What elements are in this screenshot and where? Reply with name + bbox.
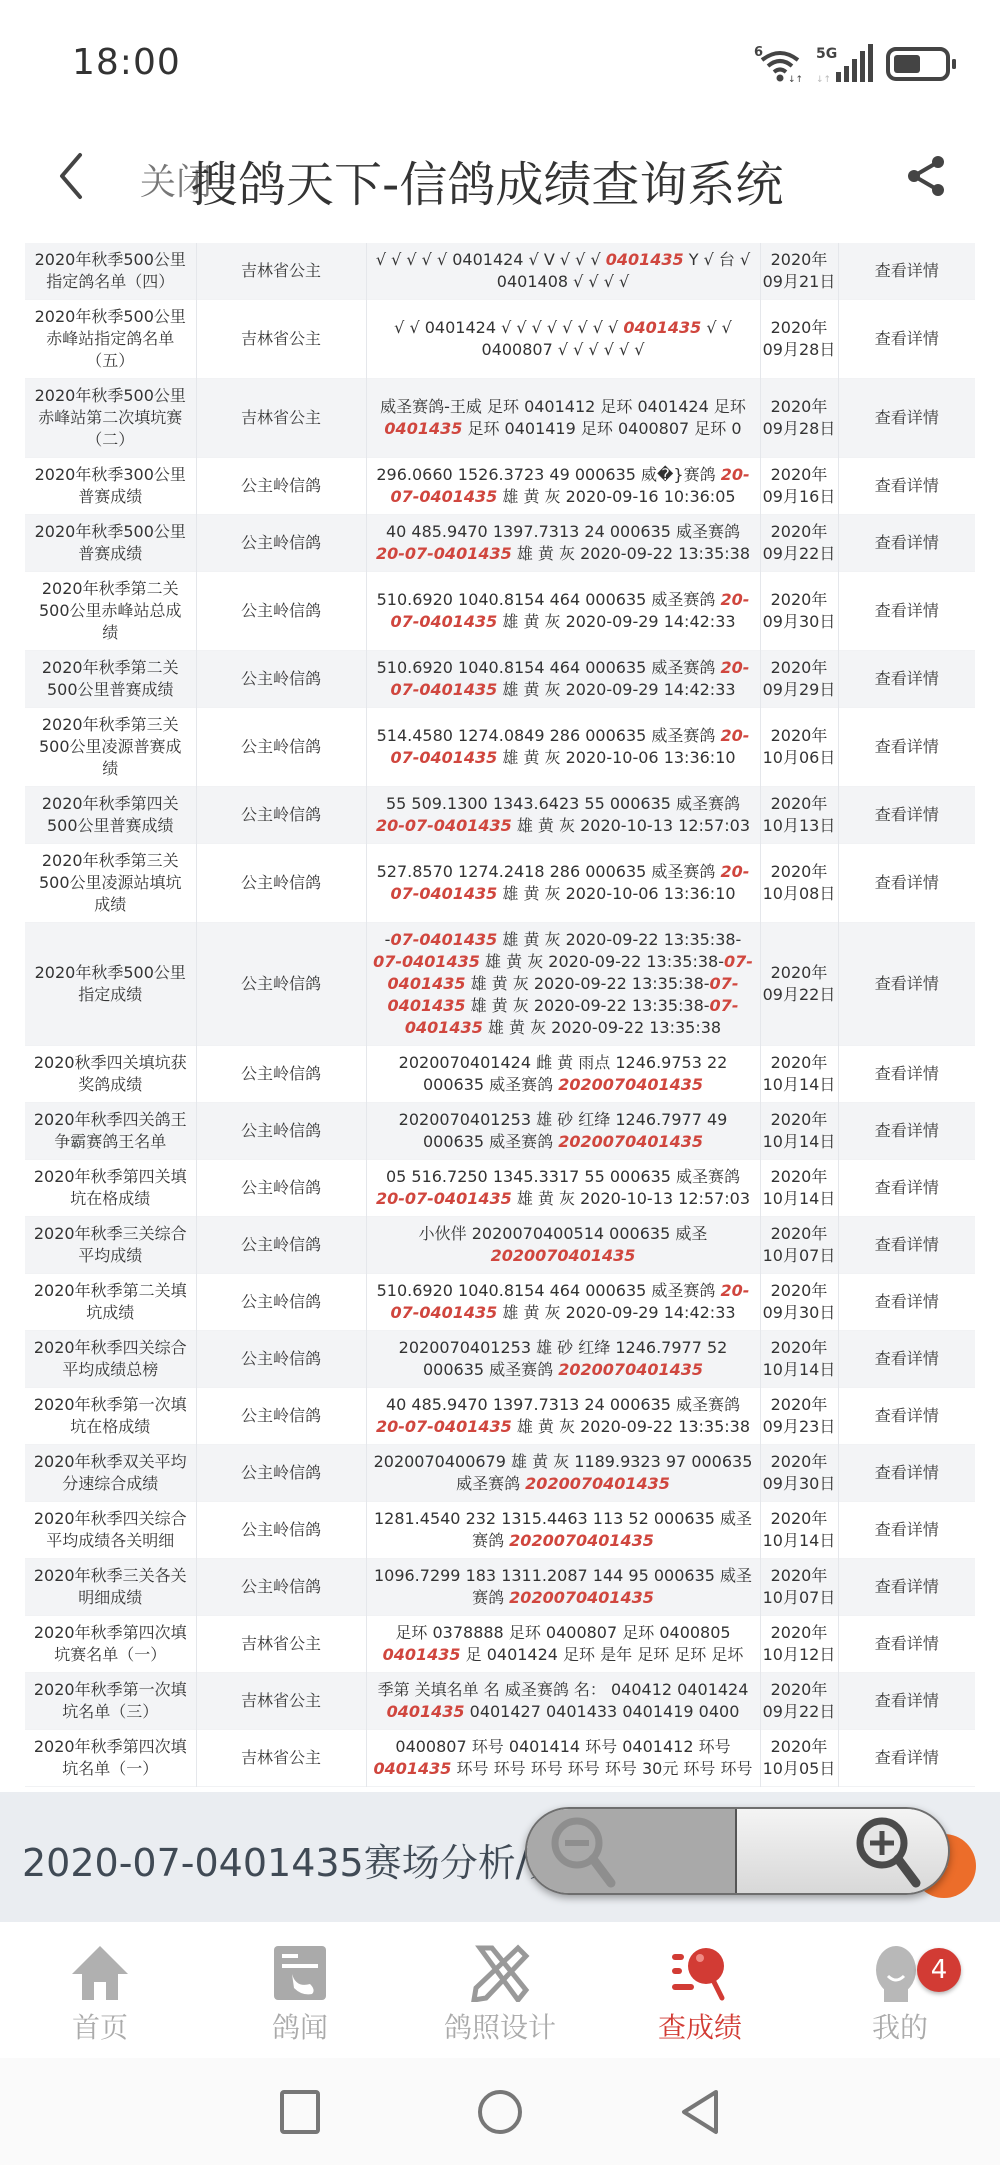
content-text: 雄 黄 灰 2020-09-22 13:35:38 (512, 544, 750, 563)
race-title-cell: 2020年秋季三关各关明细成绩 (25, 1559, 196, 1616)
result-content-cell: 2020070401253 雄 砂 红绛 1246.7977 49 000635… (366, 1103, 760, 1160)
date-cell: 2020年10月14日 (760, 1502, 838, 1559)
date-cell: 2020年10月14日 (760, 1103, 838, 1160)
race-title-cell: 2020年秋季第四次填坑赛名单（一） (25, 1616, 196, 1673)
date-cell: 2020年09月30日 (760, 1445, 838, 1502)
content-text: 514.4580 1274.0849 286 000635 威圣赛鸽 (377, 726, 721, 745)
view-details-link[interactable]: 查看详情 (838, 1445, 975, 1502)
home-icon (68, 1944, 132, 2002)
search-results-icon (668, 1944, 732, 2002)
result-content-cell: 55 509.1300 1343.6423 55 000635 威圣赛鸽 20-… (366, 787, 760, 844)
status-time: 18:00 (72, 42, 181, 83)
result-content-cell: 1096.7299 183 1311.2087 144 95 000635 威圣… (366, 1559, 760, 1616)
home-nav-button[interactable] (475, 2087, 525, 2137)
date-cell: 2020年10月13日 (760, 787, 838, 844)
highlighted-ring-number: 0401435 (606, 250, 684, 269)
race-title-cell: 2020年秋季第三关500公里凌源站填坑成绩 (25, 844, 196, 923)
content-text: √ √ 0401424 √ √ √ √ √ √ √ √ (394, 318, 623, 337)
content-text: 55 509.1300 1343.6423 55 000635 威圣赛鸽 (386, 794, 740, 813)
battery-icon (886, 46, 958, 82)
table-row[interactable]: 2020年秋季第四次填坑赛名单（一）吉林省公主足环 0378888 足环 040… (25, 1616, 975, 1673)
view-details-link[interactable]: 查看详情 (838, 1160, 975, 1217)
race-title-cell: 2020年秋季第四关填坑在格成绩 (25, 1160, 196, 1217)
result-content-cell: 05 516.7250 1345.3317 55 000635 威圣赛鸽 20-… (366, 1160, 760, 1217)
content-text: 雄 黄 灰 2020-09-22 13:35:38 (512, 1417, 750, 1436)
race-title-cell: 2020年秋季第二关500公里赤峰站总成绩 (25, 572, 196, 651)
content-text: 510.6920 1040.8154 464 000635 威圣赛鸽 (377, 658, 721, 677)
tab-label: 查成绩 (658, 2006, 742, 2046)
race-title-cell: 2020年秋季第四关500公里普赛成绩 (25, 787, 196, 844)
highlighted-ring-number: 2020070401435 (558, 1360, 703, 1379)
race-title-cell: 2020年秋季500公里指定成绩 (25, 923, 196, 1046)
share-button[interactable] (902, 152, 950, 200)
content-text: 雄 黄 灰 2020-10-13 12:57:03 (512, 816, 750, 835)
circle-icon (477, 2089, 523, 2135)
bottom-tab-bar: 首页 鸽闻 鸽照设计 (0, 1922, 1000, 2058)
highlighted-ring-number: 20-07-0401435 (376, 816, 512, 835)
view-details-link[interactable]: 查看详情 (838, 1217, 975, 1274)
zoom-in-icon (844, 1811, 934, 1891)
organization-cell: 公主岭信鸽 (196, 1388, 366, 1445)
table-row[interactable]: 2020年秋季双关平均分速综合成绩公主岭信鸽2020070400679 雄 黄 … (25, 1445, 975, 1502)
analysis-link[interactable]: 2020-07-0401435赛场分析/身 (22, 1832, 567, 1887)
zoom-out-button[interactable] (527, 1809, 737, 1893)
date-cell: 2020年09月28日 (760, 379, 838, 458)
table-row[interactable]: 2020年秋季三关各关明细成绩公主岭信鸽1096.7299 183 1311.2… (25, 1559, 975, 1616)
table-row[interactable]: 2020年秋季500公里指定成绩公主岭信鸽-07-0401435 雄 黄 灰 2… (25, 923, 975, 1046)
date-cell: 2020年10月08日 (760, 844, 838, 923)
date-cell: 2020年10月12日 (760, 1616, 838, 1673)
race-title-cell: 2020年秋季300公里普赛成绩 (25, 458, 196, 515)
design-icon (468, 1944, 532, 2002)
tab-home[interactable]: 首页 (0, 1922, 200, 2058)
date-cell: 2020年09月30日 (760, 572, 838, 651)
view-details-link[interactable]: 查看详情 (838, 243, 975, 300)
content-text: 40 485.9470 1397.7313 24 000635 威圣赛鸽 (386, 1395, 740, 1414)
content-text: 季第 关填名单 名 威圣赛鸽 名： 040412 0401424 (378, 1680, 749, 1699)
tab-news[interactable]: 鸽闻 (200, 1922, 400, 2058)
date-cell: 2020年09月23日 (760, 1388, 838, 1445)
content-text: 510.6920 1040.8154 464 000635 威圣赛鸽 (377, 590, 721, 609)
result-content-cell: 40 485.9470 1397.7313 24 000635 威圣赛鸽 20-… (366, 1388, 760, 1445)
organization-cell: 公主岭信鸽 (196, 651, 366, 708)
result-content-cell: 小伙伴 2020070400514 000635 威圣 202007040143… (366, 1217, 760, 1274)
view-details-link[interactable]: 查看详情 (838, 651, 975, 708)
result-content-cell: 1281.4540 232 1315.4463 113 52 000635 威圣… (366, 1502, 760, 1559)
organization-cell: 吉林省公主 (196, 243, 366, 300)
race-title-cell: 2020年秋季500公里普赛成绩 (25, 515, 196, 572)
status-bar: 18:00 6 ↓↑ 5G ↓↑ (0, 0, 1000, 120)
header: 关闭 搜鸽天下-信鸽成绩查询系统 (0, 120, 1000, 232)
content-text: 环号 环号 环号 环号 环号 30元 环号 环号 (451, 1759, 752, 1778)
content-text: 雄 黄 灰 2020-09-16 10:36:05 (497, 487, 735, 506)
table-row[interactable]: 2020年秋季300公里普赛成绩公主岭信鸽296.0660 1526.3723 … (25, 458, 975, 515)
organization-cell: 公主岭信鸽 (196, 844, 366, 923)
view-details-link[interactable]: 查看详情 (838, 572, 975, 651)
content-text: √ √ √ √ √ 0401424 √ V √ √ √ (376, 250, 606, 269)
svg-text:↓↑: ↓↑ (816, 75, 831, 84)
date-cell: 2020年09月22日 (760, 515, 838, 572)
highlighted-ring-number: 20-07-0401435 (376, 1189, 512, 1208)
result-content-cell: 2020070401424 雌 黄 雨点 1246.9753 22 000635… (366, 1046, 760, 1103)
race-title-cell: 2020年秋季四关综合平均成绩各关明细 (25, 1502, 196, 1559)
date-cell: 2020年09月30日 (760, 1274, 838, 1331)
view-details-link[interactable]: 查看详情 (838, 787, 975, 844)
date-cell: 2020年10月14日 (760, 1046, 838, 1103)
race-title-cell: 2020年秋季第一次填坑在格成绩 (25, 1388, 196, 1445)
content-text: 小伙伴 2020070400514 000635 威圣 (419, 1224, 708, 1243)
race-title-cell: 2020年秋季三关综合平均成绩 (25, 1217, 196, 1274)
table-row[interactable]: 2020年秋季500公里普赛成绩公主岭信鸽40 485.9470 1397.73… (25, 515, 975, 572)
highlighted-ring-number: 0401435 (384, 419, 462, 438)
content-text: 296.0660 1526.3723 49 000635 威�}赛鸽 (376, 465, 720, 484)
table-row[interactable]: 2020年秋季第二关500公里赤峰站总成绩公主岭信鸽510.6920 1040.… (25, 572, 975, 651)
organization-cell: 公主岭信鸽 (196, 1502, 366, 1559)
result-content-cell: -07-0401435 雄 黄 灰 2020-09-22 13:35:38-07… (366, 923, 760, 1046)
view-details-link[interactable]: 查看详情 (838, 1559, 975, 1616)
table-row[interactable]: 2020年秋季四关综合平均成绩各关明细公主岭信鸽1281.4540 232 13… (25, 1502, 975, 1559)
content-text: 雄 黄 灰 2020-09-29 14:42:33 (497, 612, 735, 631)
organization-cell: 吉林省公主 (196, 1616, 366, 1673)
race-title-cell: 2020年秋季500公里指定鸽名单（四） (25, 243, 196, 300)
result-content-cell: 527.8570 1274.2418 286 000635 威圣赛鸽 20-07… (366, 844, 760, 923)
view-details-link[interactable]: 查看详情 (838, 1274, 975, 1331)
table-row[interactable]: 2020年秋季500公里赤峰站第二次填坑赛（二）吉林省公主威圣赛鸽-王威 足环 … (25, 379, 975, 458)
square-icon (280, 2090, 320, 2134)
results-table-body: 2020年秋季500公里指定鸽名单（四）吉林省公主√ √ √ √ √ 04014… (25, 243, 975, 1787)
content-text: 510.6920 1040.8154 464 000635 威圣赛鸽 (377, 1281, 721, 1300)
organization-cell: 公主岭信鸽 (196, 923, 366, 1046)
result-content-cell: 足环 0378888 足环 0400807 足环 0400805 0401435… (366, 1616, 760, 1673)
result-content-cell: 510.6920 1040.8154 464 000635 威圣赛鸽 20-07… (366, 1274, 760, 1331)
table-row[interactable]: 2020年秋季第四关填坑在格成绩公主岭信鸽05 516.7250 1345.33… (25, 1160, 975, 1217)
content-text: 雄 黄 灰 2020-09-22 13:35:38- (497, 930, 741, 949)
highlighted-ring-number: 2020070401435 (509, 1531, 654, 1550)
race-title-cell: 2020年秋季500公里赤峰站指定鸽名单（五） (25, 300, 196, 379)
highlighted-ring-number: 0401435 (623, 318, 701, 337)
organization-cell: 吉林省公主 (196, 1730, 366, 1787)
organization-cell: 公主岭信鸽 (196, 1217, 366, 1274)
status-icons: 6 ↓↑ 5G ↓↑ (754, 44, 958, 84)
race-title-cell: 2020年秋季第一次填坑名单（三） (25, 1673, 196, 1730)
view-details-link[interactable]: 查看详情 (838, 379, 975, 458)
highlighted-ring-number: 2020070401435 (558, 1132, 703, 1151)
result-content-cell: 40 485.9470 1397.7313 24 000635 威圣赛鸽 20-… (366, 515, 760, 572)
race-title-cell: 2020年秋季第二关500公里普赛成绩 (25, 651, 196, 708)
content-text: 0400807 环号 0401414 环号 0401412 环号 (395, 1737, 730, 1756)
organization-cell: 吉林省公主 (196, 379, 366, 458)
view-details-link[interactable]: 查看详情 (838, 515, 975, 572)
zoom-in-button[interactable] (737, 1809, 948, 1893)
result-content-cell: 510.6920 1040.8154 464 000635 威圣赛鸽 20-07… (366, 572, 760, 651)
result-content-cell: √ √ 0401424 √ √ √ √ √ √ √ √ 0401435 √ √ … (366, 300, 760, 379)
highlighted-ring-number: 0401435 (383, 1645, 461, 1664)
view-details-link[interactable]: 查看详情 (838, 1673, 975, 1730)
date-cell: 2020年09月28日 (760, 300, 838, 379)
highlighted-ring-number: 20-07-0401435 (376, 1417, 512, 1436)
content-text: 威圣赛鸽-王威 足环 0401412 足环 0401424 足环 (380, 397, 746, 416)
organization-cell: 公主岭信鸽 (196, 515, 366, 572)
content-text: 40 485.9470 1397.7313 24 000635 威圣赛鸽 (386, 522, 740, 541)
race-title-cell: 2020年秋季500公里赤峰站第二次填坑赛（二） (25, 379, 196, 458)
view-details-link[interactable]: 查看详情 (838, 1331, 975, 1388)
highlighted-ring-number: 2020070401435 (558, 1075, 703, 1094)
table-row[interactable]: 2020年秋季四关鸽王争霸赛鸽王名单公主岭信鸽2020070401253 雄 砂… (25, 1103, 975, 1160)
notification-badge: 4 (917, 1948, 961, 1992)
analysis-bar[interactable]: 2020-07-0401435赛场分析/身 › (0, 1792, 1000, 1922)
highlighted-ring-number: 20-07-0401435 (376, 544, 512, 563)
content-text: 足环 0401419 足环 0400807 足环 0 (462, 419, 741, 438)
race-title-cell: 2020年秋季第四次填坑名单（一） (25, 1730, 196, 1787)
result-content-cell: 510.6920 1040.8154 464 000635 威圣赛鸽 20-07… (366, 651, 760, 708)
table-row[interactable]: 2020年秋季第三关500公里凌源普赛成绩公主岭信鸽514.4580 1274.… (25, 708, 975, 787)
content-text: 足环 0378888 足环 0400807 足环 0400805 (395, 1623, 730, 1642)
view-details-link[interactable]: 查看详情 (838, 1616, 975, 1673)
back-nav-button[interactable] (675, 2087, 725, 2137)
content-text: 05 516.7250 1345.3317 55 000635 威圣赛鸽 (386, 1167, 740, 1186)
content-text: 雄 黄 灰 2020-09-22 13:35:38- (465, 974, 709, 993)
date-cell: 2020年10月14日 (760, 1331, 838, 1388)
content-text: 雄 黄 灰 2020-09-29 14:42:33 (497, 1303, 735, 1322)
table-row[interactable]: 2020年秋季500公里赤峰站指定鸽名单（五）吉林省公主√ √ 0401424 … (25, 300, 975, 379)
results-table: 2020年秋季500公里指定鸽名单（四）吉林省公主√ √ √ √ √ 04014… (25, 243, 975, 1787)
organization-cell: 公主岭信鸽 (196, 458, 366, 515)
date-cell: 2020年09月21日 (760, 243, 838, 300)
date-cell: 2020年09月16日 (760, 458, 838, 515)
tab-check-results[interactable]: 查成绩 (600, 1922, 800, 2058)
organization-cell: 公主岭信鸽 (196, 572, 366, 651)
table-row[interactable]: 2020年秋季第二关500公里普赛成绩公主岭信鸽510.6920 1040.81… (25, 651, 975, 708)
date-cell: 2020年10月07日 (760, 1217, 838, 1274)
organization-cell: 公主岭信鸽 (196, 1331, 366, 1388)
system-nav-bar (0, 2058, 1000, 2165)
highlighted-ring-number: 2020070401435 (491, 1246, 636, 1265)
result-content-cell: 季第 关填名单 名 威圣赛鸽 名： 040412 0401424 0401435… (366, 1673, 760, 1730)
date-cell: 2020年10月14日 (760, 1160, 838, 1217)
view-details-link[interactable]: 查看详情 (838, 458, 975, 515)
highlighted-ring-number: 2020070401435 (509, 1588, 654, 1607)
table-row[interactable]: 2020年秋季第三关500公里凌源站填坑成绩公主岭信鸽527.8570 1274… (25, 844, 975, 923)
organization-cell: 吉林省公主 (196, 1673, 366, 1730)
date-cell: 2020年10月05日 (760, 1730, 838, 1787)
back-button[interactable] (46, 146, 96, 206)
race-title-cell: 2020年秋季第二关填坑成绩 (25, 1274, 196, 1331)
view-details-link[interactable]: 查看详情 (838, 708, 975, 787)
organization-cell: 公主岭信鸽 (196, 708, 366, 787)
table-row[interactable]: 2020年秋季第一次填坑名单（三）吉林省公主季第 关填名单 名 威圣赛鸽 名： … (25, 1673, 975, 1730)
share-icon (902, 152, 950, 200)
cellular-signal-icon: 5G ↓↑ (816, 44, 876, 84)
result-content-cell: 296.0660 1526.3723 49 000635 威�}赛鸽 20-07… (366, 458, 760, 515)
date-cell: 2020年09月22日 (760, 923, 838, 1046)
view-details-link[interactable]: 查看详情 (838, 1103, 975, 1160)
table-row[interactable]: 2020年秋季第二关填坑成绩公主岭信鸽510.6920 1040.8154 46… (25, 1274, 975, 1331)
race-title-cell: 2020年秋季双关平均分速综合成绩 (25, 1445, 196, 1502)
view-details-link[interactable]: 查看详情 (838, 1046, 975, 1103)
result-content-cell: 0400807 环号 0401414 环号 0401412 环号 0401435… (366, 1730, 760, 1787)
table-row[interactable]: 2020年秋季500公里指定鸽名单（四）吉林省公主√ √ √ √ √ 04014… (25, 243, 975, 300)
tab-design[interactable]: 鸽照设计 (400, 1922, 600, 2058)
organization-cell: 公主岭信鸽 (196, 1559, 366, 1616)
wifi-icon: 6 ↓↑ (754, 44, 806, 84)
table-row[interactable]: 2020年秋季四关综合平均成绩总榜公主岭信鸽2020070401253 雄 砂 … (25, 1331, 975, 1388)
content-text: 雄 黄 灰 2020-10-06 13:36:10 (497, 884, 735, 903)
highlighted-ring-number: 0401435 (374, 1759, 452, 1778)
view-details-link[interactable]: 查看详情 (838, 300, 975, 379)
date-cell: 2020年09月29日 (760, 651, 838, 708)
organization-cell: 公主岭信鸽 (196, 1160, 366, 1217)
highlighted-ring-number: 07-0401435 (390, 930, 497, 949)
table-row[interactable]: 2020年秋季第一次填坑在格成绩公主岭信鸽40 485.9470 1397.73… (25, 1388, 975, 1445)
organization-cell: 公主岭信鸽 (196, 1046, 366, 1103)
recent-apps-button[interactable] (275, 2087, 325, 2137)
zoom-out-icon (545, 1811, 635, 1891)
view-details-link[interactable]: 查看详情 (838, 923, 975, 1046)
result-content-cell: 514.4580 1274.0849 286 000635 威圣赛鸽 20-07… (366, 708, 760, 787)
content-text: 雄 黄 灰 2020-10-06 13:36:10 (497, 748, 735, 767)
highlighted-ring-number: 0401435 (387, 1702, 465, 1721)
content-text: 0401427 0401433 0401419 0400 (465, 1702, 740, 1721)
page-title: 搜鸽天下-信鸽成绩查询系统 (190, 146, 783, 215)
content-text: 雄 黄 灰 2020-09-29 14:42:33 (497, 680, 735, 699)
view-details-link[interactable]: 查看详情 (838, 844, 975, 923)
tab-label: 鸽照设计 (444, 2006, 556, 2046)
content-text: 雄 黄 灰 2020-09-22 13:35:38 (483, 1018, 721, 1037)
triangle-back-icon (680, 2089, 720, 2135)
organization-cell: 公主岭信鸽 (196, 787, 366, 844)
race-title-cell: 2020年秋季四关鸽王争霸赛鸽王名单 (25, 1103, 196, 1160)
svg-text:5G: 5G (816, 46, 837, 62)
organization-cell: 吉林省公主 (196, 300, 366, 379)
content-text: 527.8570 1274.2418 286 000635 威圣赛鸽 (377, 862, 721, 881)
view-details-link[interactable]: 查看详情 (838, 1388, 975, 1445)
tab-profile[interactable]: 我的 4 (800, 1922, 1000, 2058)
tab-label: 我的 (872, 2006, 928, 2046)
news-icon (268, 1944, 332, 2002)
svg-text:↓↑: ↓↑ (788, 75, 803, 84)
organization-cell: 公主岭信鸽 (196, 1445, 366, 1502)
result-content-cell: 2020070400679 雄 黄 灰 1189.9323 97 000635 … (366, 1445, 760, 1502)
result-content-cell: 威圣赛鸽-王威 足环 0401412 足环 0401424 足环 0401435… (366, 379, 760, 458)
content-text: 足 0401424 足环 是年 足环 足环 足坏 (461, 1645, 744, 1664)
organization-cell: 公主岭信鸽 (196, 1103, 366, 1160)
highlighted-ring-number: 07-0401435 (373, 952, 480, 971)
table-row[interactable]: 2020年秋季三关综合平均成绩公主岭信鸽小伙伴 2020070400514 00… (25, 1217, 975, 1274)
race-title-cell: 2020秋季四关填坑获奖鸽成绩 (25, 1046, 196, 1103)
chevron-left-icon (56, 151, 86, 201)
table-row[interactable]: 2020年秋季第四次填坑名单（一）吉林省公主0400807 环号 0401414… (25, 1730, 975, 1787)
content-text: 雄 黄 灰 2020-10-13 12:57:03 (512, 1189, 750, 1208)
view-details-link[interactable]: 查看详情 (838, 1730, 975, 1787)
race-title-cell: 2020年秋季四关综合平均成绩总榜 (25, 1331, 196, 1388)
result-content-cell: √ √ √ √ √ 0401424 √ V √ √ √ 0401435 Y √ … (366, 243, 760, 300)
view-details-link[interactable]: 查看详情 (838, 1502, 975, 1559)
date-cell: 2020年10月07日 (760, 1559, 838, 1616)
date-cell: 2020年09月22日 (760, 1673, 838, 1730)
result-content-cell: 2020070401253 雄 砂 红绛 1246.7977 52 000635… (366, 1331, 760, 1388)
highlighted-ring-number: 2020070401435 (525, 1474, 670, 1493)
tab-label: 首页 (72, 2006, 128, 2046)
content-text: 雄 黄 灰 2020-09-22 13:35:38- (465, 996, 709, 1015)
organization-cell: 公主岭信鸽 (196, 1274, 366, 1331)
date-cell: 2020年10月06日 (760, 708, 838, 787)
tab-label: 鸽闻 (272, 2006, 328, 2046)
race-title-cell: 2020年秋季第三关500公里凌源普赛成绩 (25, 708, 196, 787)
content-text: 雄 黄 灰 2020-09-22 13:35:38- (480, 952, 724, 971)
table-row[interactable]: 2020年秋季第四关500公里普赛成绩公主岭信鸽55 509.1300 1343… (25, 787, 975, 844)
table-row[interactable]: 2020秋季四关填坑获奖鸽成绩公主岭信鸽2020070401424 雌 黄 雨点… (25, 1046, 975, 1103)
zoom-control[interactable] (525, 1807, 950, 1895)
